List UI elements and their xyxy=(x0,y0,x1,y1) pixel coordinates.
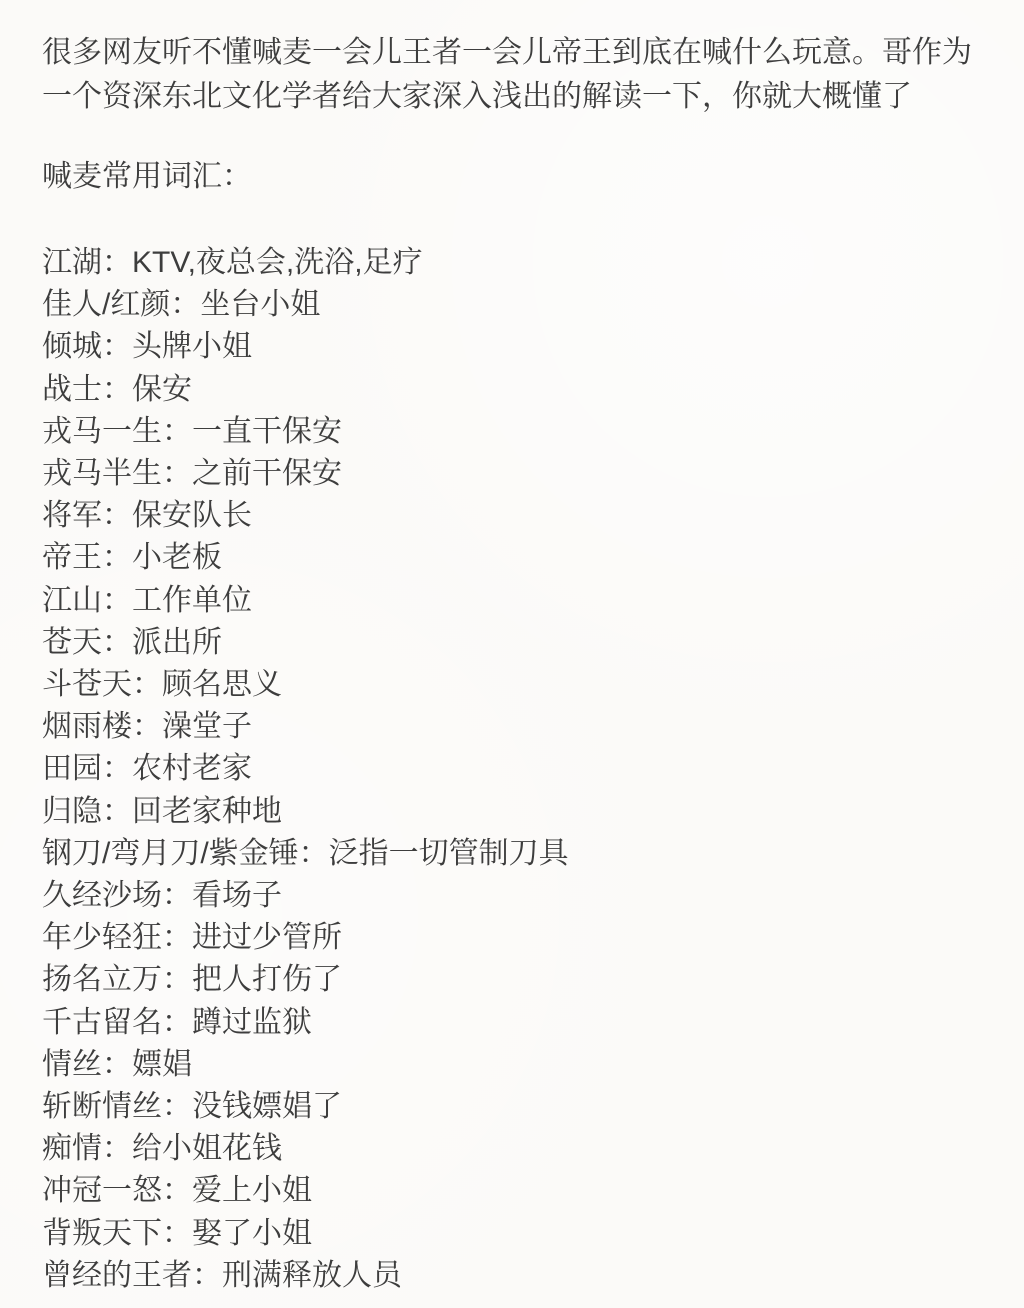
glossary-entry: 扬名立万：把人打伤了 xyxy=(42,959,1024,1001)
glossary-entry: 江湖：KTV,夜总会,洗浴,足疗 xyxy=(42,242,1024,284)
intro-paragraph: 很多网友听不懂喊麦一会儿王者一会儿帝王到底在喊什么玩意。哥作为一个资深东北文化学… xyxy=(42,31,982,119)
glossary-list: 江湖：KTV,夜总会,洗浴,足疗佳人/红颜：坐台小姐倾城：头牌小姐战士：保安戎马… xyxy=(42,242,1024,1297)
glossary-entry: 斗苍天：顾名思义 xyxy=(42,664,1024,706)
glossary-entry: 田园：农村老家 xyxy=(42,748,1024,790)
glossary-entry: 斩断情丝：没钱嫖娼了 xyxy=(42,1086,1024,1128)
glossary-entry: 曾经的王者：刑满释放人员 xyxy=(42,1255,1024,1297)
glossary-entry: 情丝：嫖娼 xyxy=(42,1044,1024,1086)
glossary-entry: 钢刀/弯月刀/紫金锤：泛指一切管制刀具 xyxy=(42,833,1024,875)
glossary-entry: 久经沙场：看场子 xyxy=(42,875,1024,917)
glossary-entry: 冲冠一怒：爱上小姐 xyxy=(42,1170,1024,1212)
glossary-entry: 背叛天下：娶了小姐 xyxy=(42,1213,1024,1255)
glossary-entry: 倾城：头牌小姐 xyxy=(42,326,1024,368)
section-title: 喊麦常用词汇： xyxy=(42,155,1024,199)
glossary-entry: 戎马一生：一直干保安 xyxy=(42,411,1024,453)
glossary-entry: 江山：工作单位 xyxy=(42,580,1024,622)
glossary-entry: 烟雨楼：澡堂子 xyxy=(42,706,1024,748)
glossary-entry: 千古留名：蹲过监狱 xyxy=(42,1002,1024,1044)
glossary-entry: 将军：保安队长 xyxy=(42,495,1024,537)
glossary-entry: 归隐：回老家种地 xyxy=(42,791,1024,833)
glossary-entry: 苍天：派出所 xyxy=(42,622,1024,664)
glossary-entry: 年少轻狂：进过少管所 xyxy=(42,917,1024,959)
glossary-entry: 佳人/红颜：坐台小姐 xyxy=(42,284,1024,326)
glossary-entry: 痴情：给小姐花钱 xyxy=(42,1128,1024,1170)
glossary-entry: 战士：保安 xyxy=(42,369,1024,411)
document-page: 很多网友听不懂喊麦一会儿王者一会儿帝王到底在喊什么玩意。哥作为一个资深东北文化学… xyxy=(0,0,1024,1297)
glossary-entry: 戎马半生：之前干保安 xyxy=(42,453,1024,495)
glossary-entry: 帝王：小老板 xyxy=(42,537,1024,579)
